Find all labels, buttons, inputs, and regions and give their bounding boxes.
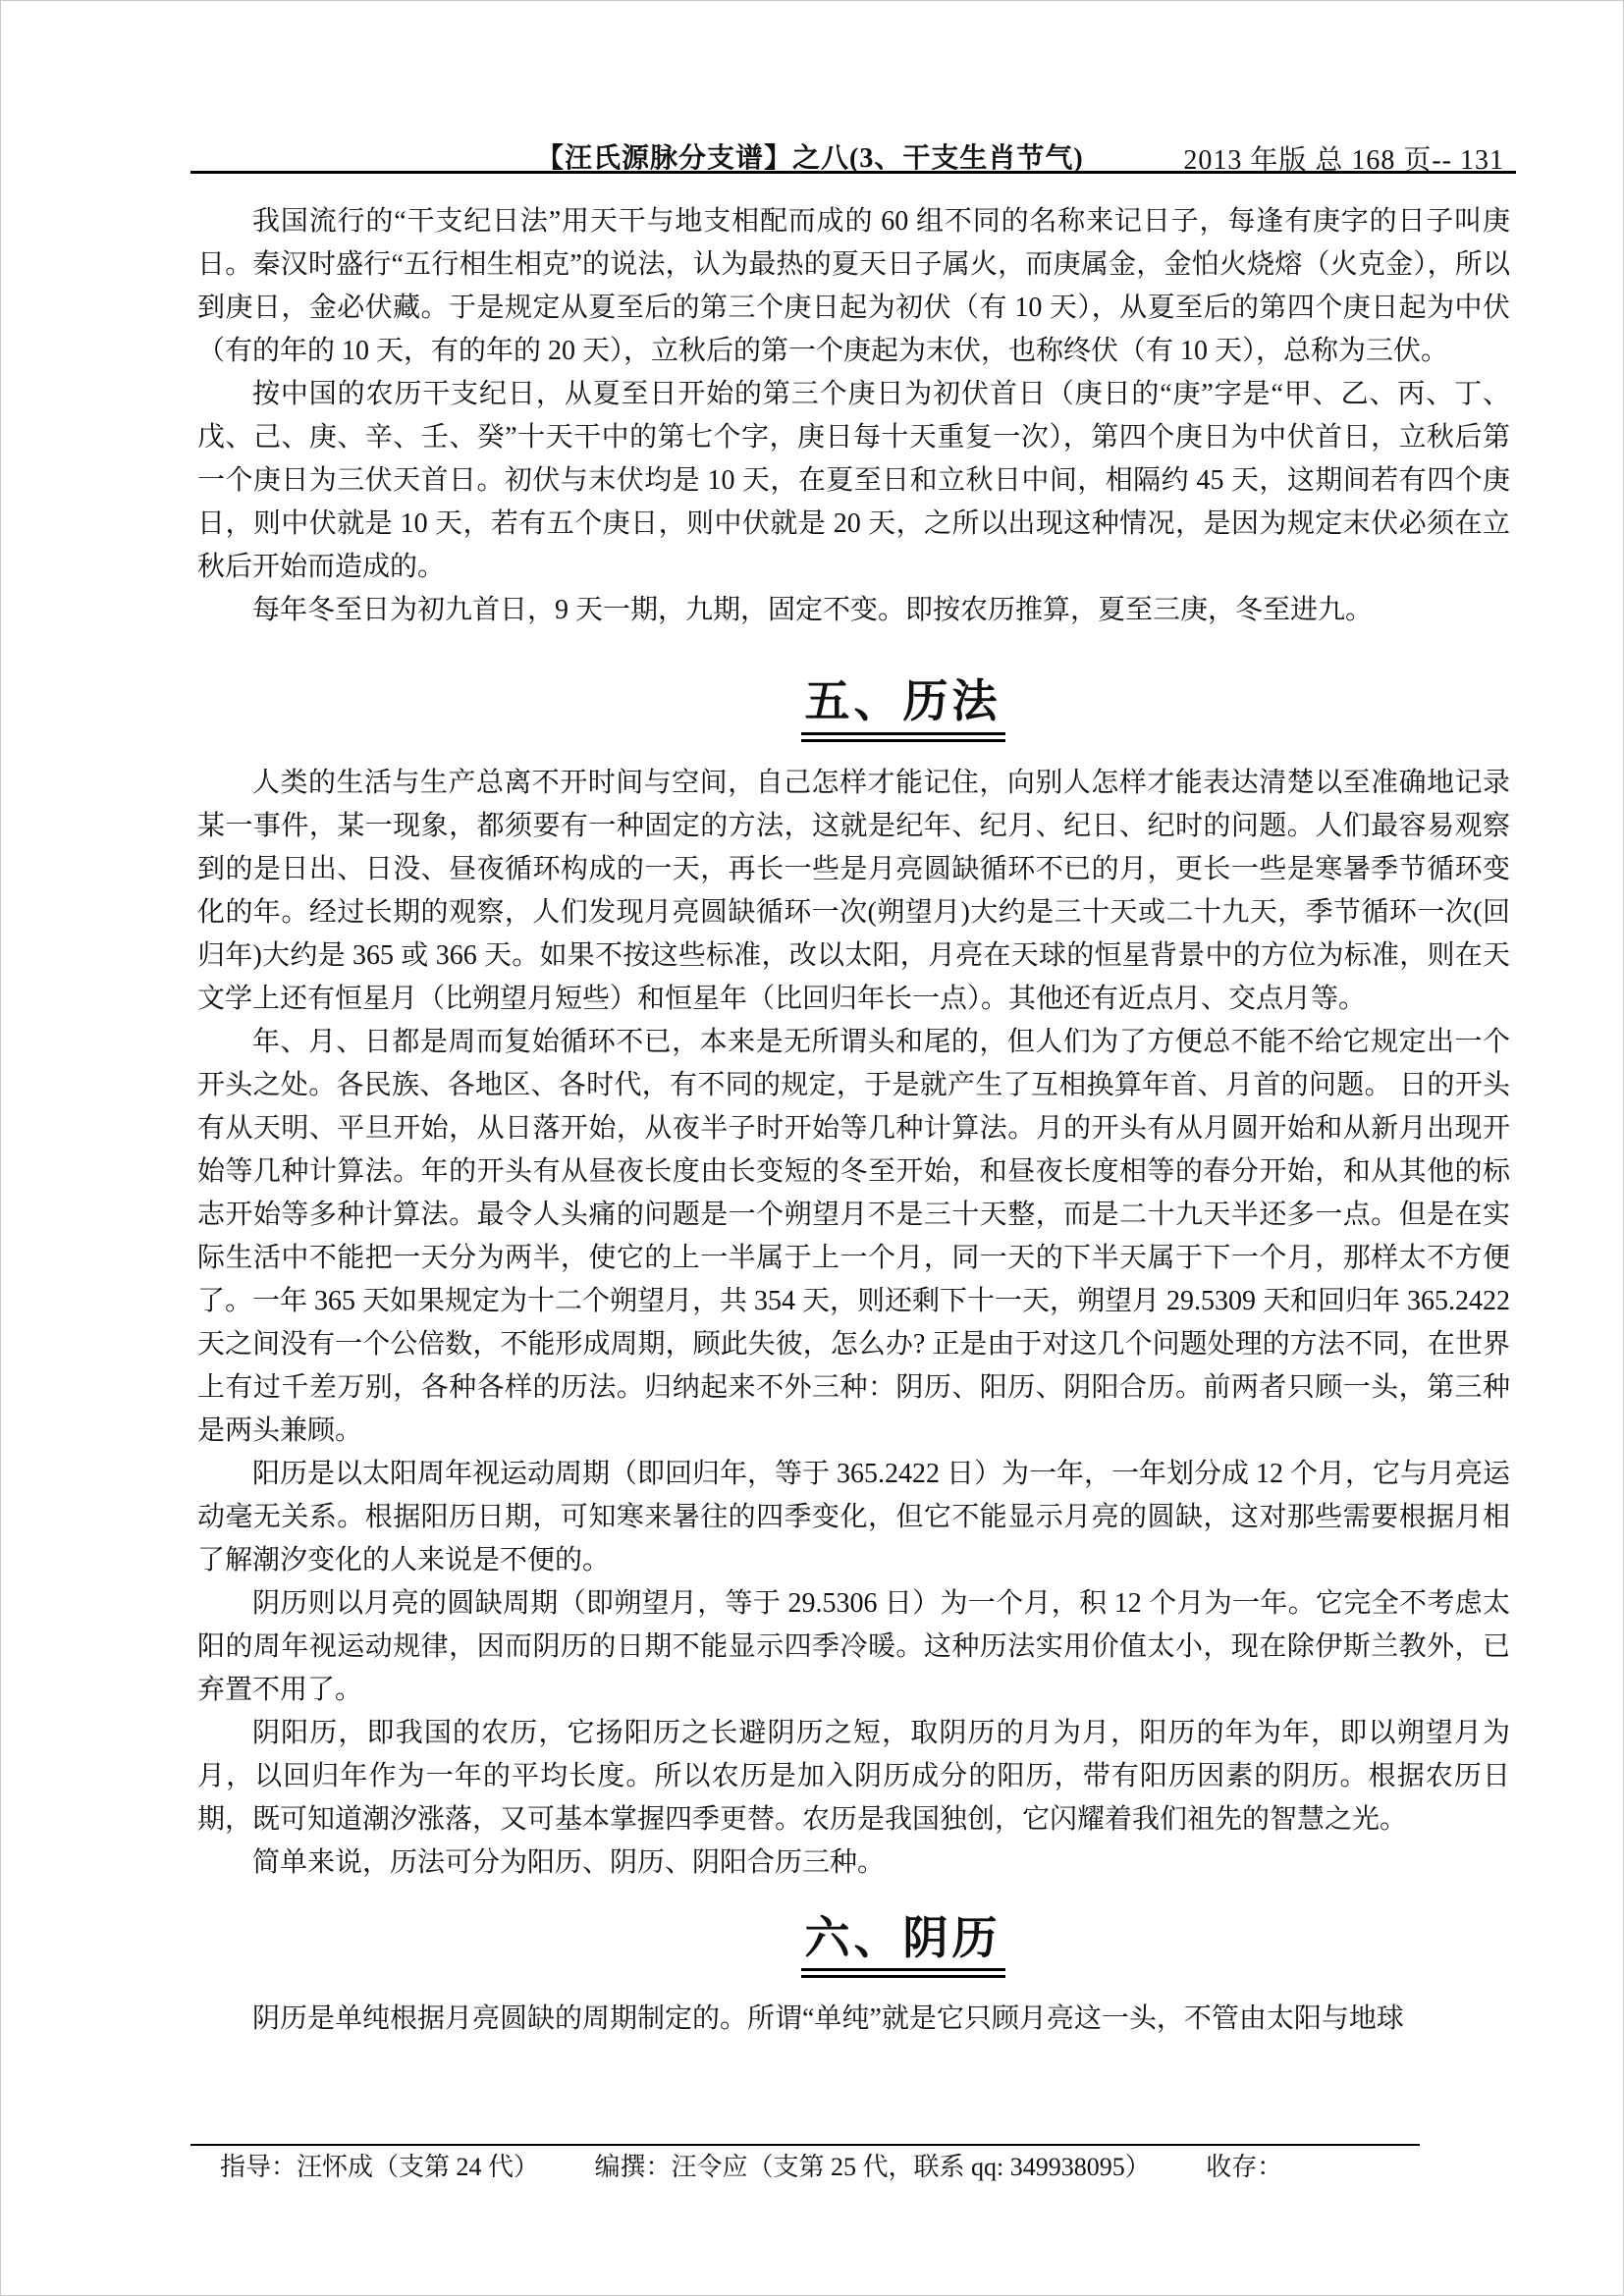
paragraph-lunar-intro: 阴历是单纯根据月亮圆缺的周期制定的。所谓“单纯”就是它只顾月亮这一头，不管由太阳…: [197, 1998, 1510, 2041]
header-book-title: 【汪氏源脉分支谱】之八(3、干支生肖节气): [536, 136, 1084, 176]
section-heading-calendars-text: 五、历法: [801, 677, 1005, 742]
paragraph-solar-calendar: 阳历是以太阳周年视运动周期（即回归年，等于 365.2422 日）为一年，一年划…: [197, 1453, 1510, 1582]
paragraph-lunisolar-calendar: 阴阳历，即我国的农历，它扬阳历之长避阴历之短，取阴历的月为月，阳历的年为年，即以…: [197, 1712, 1510, 1842]
paragraph-fu-days: 按中国的农历干支纪日，从夏至日开始的第三个庚日为初伏首日（庚日的“庚”字是“甲、…: [197, 373, 1510, 589]
footer-rule: [190, 2144, 1420, 2146]
paragraph-summary-three-calendars: 简单来说，历法可分为阳历、阴历、阴阳合历三种。: [197, 1842, 1510, 1885]
section-heading-lunar-text: 六、阴历: [801, 1914, 1005, 1979]
footer-compiler: 编撰：汪令应（支第 25 代，联系 qq: 349938095）: [595, 2153, 1151, 2181]
footer-advisor: 指导：汪怀成（支第 24 代）: [220, 2153, 539, 2181]
section-heading-calendars: 五、历法: [246, 677, 1559, 742]
document-page: 【汪氏源脉分支谱】之八(3、干支生肖节气) 2013 年版 总 168 页-- …: [0, 0, 1624, 2296]
body-text: 我国流行的“干支纪日法”用天干与地支相配而成的 60 组不同的名称来记日子，每逢…: [197, 200, 1510, 2041]
paragraph-lunar-calendar: 阴历则以月亮的圆缺周期（即朔望月，等于 29.5306 日）为一个月，积 12 …: [197, 1582, 1510, 1712]
paragraph-year-month-day-start: 年、月、日都是周而复始循环不已，本来是无所谓头和尾的，但人们为了方便总不能不给它…: [197, 1021, 1510, 1453]
section-heading-lunar: 六、阴历: [246, 1914, 1559, 1979]
header-rule: [190, 171, 1516, 174]
footer: 指导：汪怀成（支第 24 代） 编撰：汪令应（支第 25 代，联系 qq: 34…: [220, 2152, 1516, 2183]
paragraph-time-recording: 人类的生活与生产总离不开时间与空间，自己怎样才能记住，向别人怎样才能表达清楚以至…: [197, 762, 1510, 1021]
paragraph-winter-solstice: 每年冬至日为初九首日，9 天一期，九期，固定不变。即按农历推算，夏至三庚，冬至进…: [197, 589, 1510, 632]
paragraph-ganzhi-days: 我国流行的“干支纪日法”用天干与地支相配而成的 60 组不同的名称来记日子，每逢…: [197, 200, 1510, 373]
footer-keeper: 收存：: [1206, 2153, 1282, 2181]
